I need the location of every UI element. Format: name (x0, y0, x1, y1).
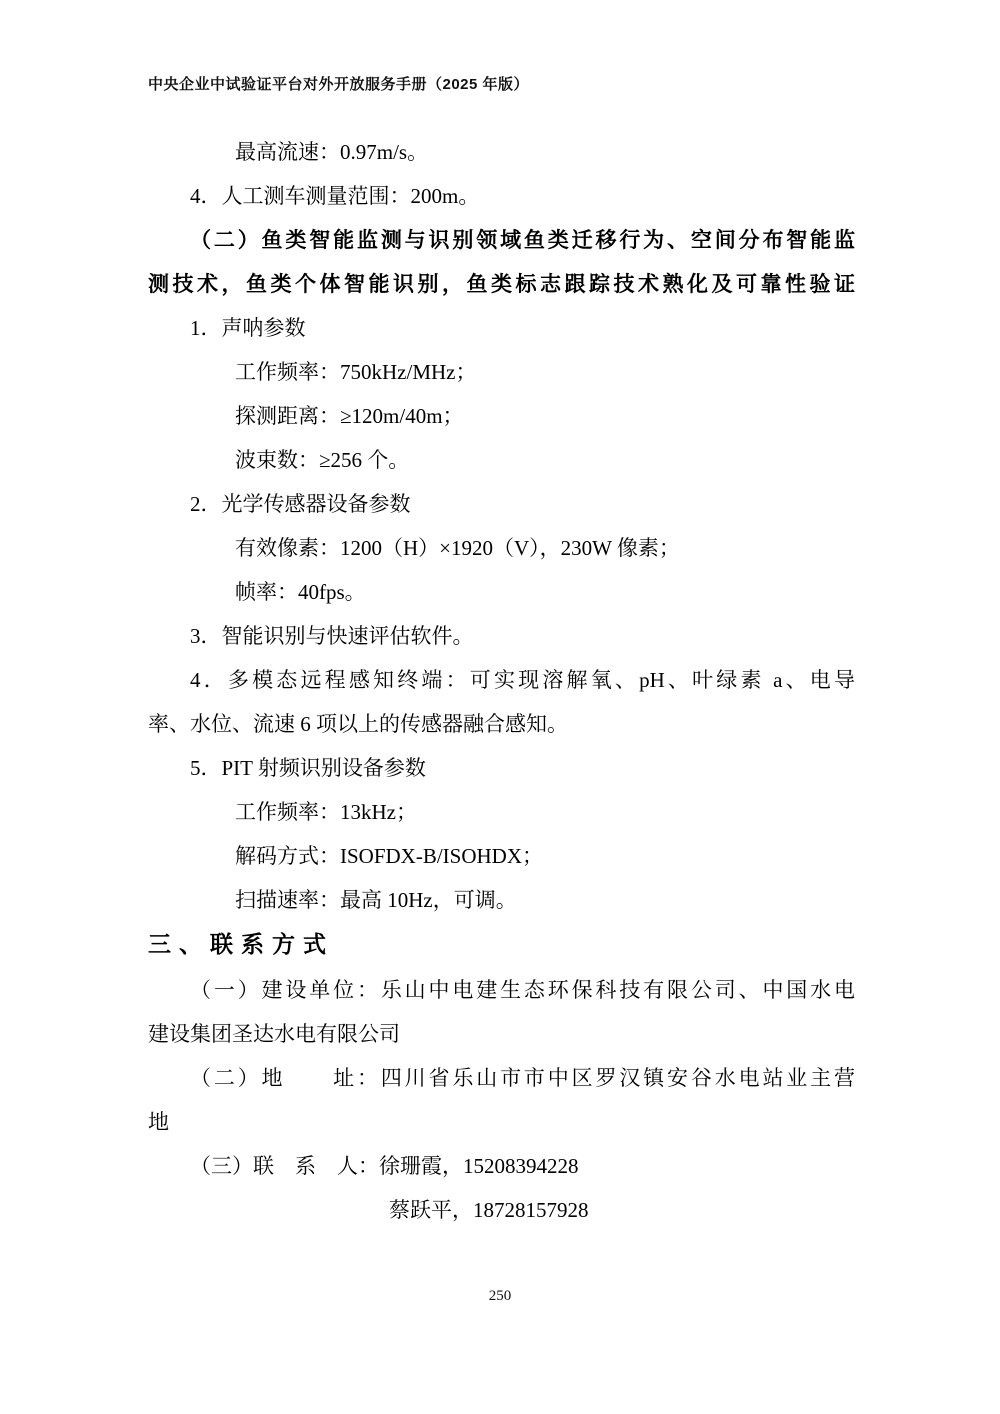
numbered-item-line-2: 率、水位、流速 6 项以上的传感器融合感知。 (148, 702, 855, 746)
page-header-title: 中央企业中试验证平台对外开放服务手册（2025 年版） (148, 73, 529, 94)
contact-person-line-2: 蔡跃平，18728157928 (148, 1188, 855, 1232)
document-body: 最高流速：0.97m/s。4．人工测车测量范围：200m。（二）鱼类智能监测与识… (148, 130, 855, 1232)
section-heading-contact: 三、联系方式 (148, 922, 855, 968)
page-number: 250 (0, 1288, 1000, 1305)
param-line: 工作频率：750kHz/MHz； (148, 350, 855, 394)
subsection-heading-line-2: 测技术，鱼类个体智能识别，鱼类标志跟踪技术熟化及可靠性验证 (148, 262, 855, 306)
numbered-item: 3．智能识别与快速评估软件。 (148, 614, 855, 658)
contact-person-line-1: （三）联 系 人：徐珊霞，15208394228 (148, 1144, 855, 1188)
contact-address-line-1: （二）地 址：四川省乐山市市中区罗汉镇安谷水电站业主营 (148, 1056, 855, 1100)
contact-builder-line-1: （一）建设单位：乐山中电建生态环保科技有限公司、中国水电 (148, 968, 855, 1012)
param-line: 有效像素：1200（H）×1920（V），230W 像素； (148, 526, 855, 570)
param-line: 工作频率：13kHz； (148, 790, 855, 834)
param-line: 解码方式：ISOFDX-B/ISOHDX； (148, 834, 855, 878)
param-line: 波束数：≥256 个。 (148, 438, 855, 482)
numbered-item: 4．人工测车测量范围：200m。 (148, 174, 855, 218)
param-line-max-flow: 最高流速：0.97m/s。 (148, 130, 855, 174)
numbered-item: 1．声呐参数 (148, 306, 855, 350)
numbered-item: 5．PIT 射频识别设备参数 (148, 746, 855, 790)
document-page: 中央企业中试验证平台对外开放服务手册（2025 年版） 最高流速：0.97m/s… (0, 0, 1000, 1414)
subsection-heading-line-1: （二）鱼类智能监测与识别领域鱼类迁移行为、空间分布智能监 (148, 218, 855, 262)
param-line: 扫描速率：最高 10Hz，可调。 (148, 878, 855, 922)
contact-builder-line-2: 建设集团圣达水电有限公司 (148, 1012, 855, 1056)
param-line: 帧率：40fps。 (148, 570, 855, 614)
contact-address-line-2: 地 (148, 1100, 855, 1144)
param-line: 探测距离：≥120m/40m； (148, 394, 855, 438)
numbered-item-line-1: 4．多模态远程感知终端：可实现溶解氧、pH、叶绿素 a、电导 (148, 658, 855, 702)
numbered-item: 2．光学传感器设备参数 (148, 482, 855, 526)
